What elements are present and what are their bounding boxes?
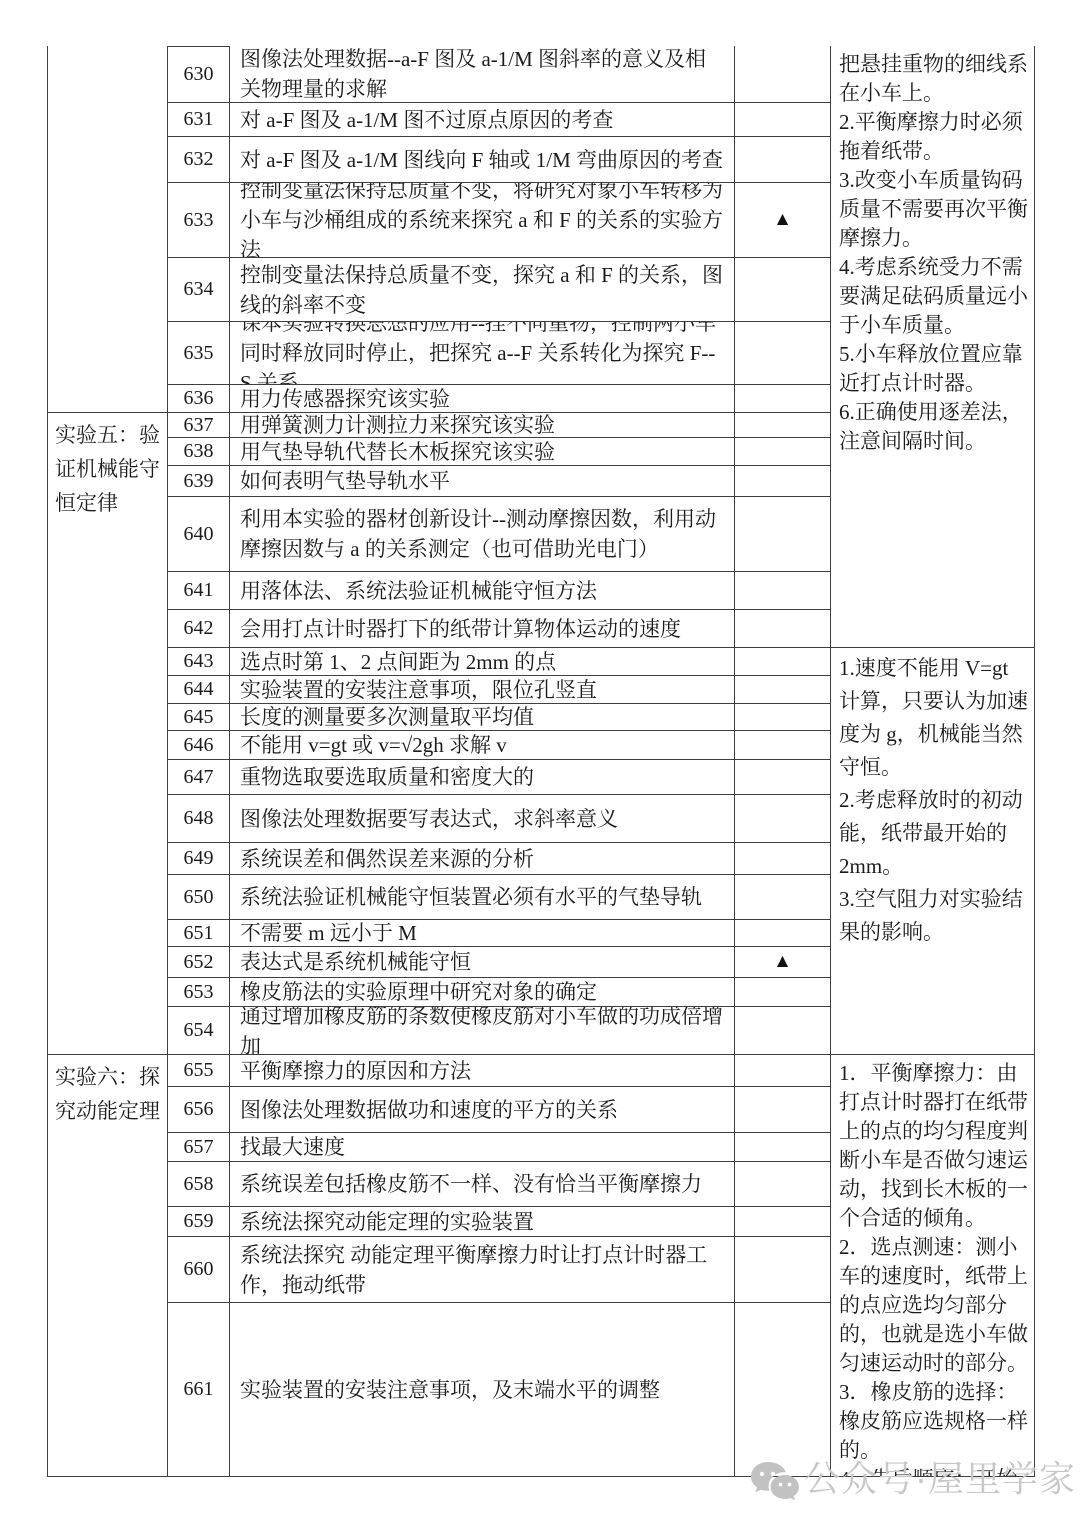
row-marker-empty xyxy=(735,648,830,675)
row-number: 645 xyxy=(167,704,230,730)
table-row: 657找最大速度 xyxy=(167,1133,830,1162)
row-description: 用气垫导轨代替长木板探究该实验 xyxy=(230,438,735,465)
document-page: 实验五：验证机械能守恒定律 实验六：探究动能定理 630图像法处理数据--a-F… xyxy=(0,0,1080,1526)
row-marker-empty xyxy=(735,875,830,919)
table-row: 630图像法处理数据--a-F 图及 a-1/M 图斜率的意义及相关物理量的求解 xyxy=(167,46,830,103)
row-marker-empty xyxy=(735,920,830,946)
row-description: 图像法处理数据做功和速度的平方的关系 xyxy=(230,1087,735,1132)
notes-column: 把悬挂重物的细线系在小车上。 2.平衡摩擦力时必须拖着纸带。 3.改变小车质量钩… xyxy=(830,46,1035,1477)
watermark-text: 公众号·屋里学家 xyxy=(804,1451,1076,1502)
table-row: 635课本实验转换思想的应用--挂不同重物，控制两小车同时释放同时停止，把探究 … xyxy=(167,322,830,385)
row-description: 利用本实验的器材创新设计--测动摩擦因数，利用动摩擦因数与 a 的关系测定（也可… xyxy=(230,497,735,571)
row-marker-empty xyxy=(735,1087,830,1132)
table-row: 648图像法处理数据要写表达式，求斜率意义 xyxy=(167,795,830,843)
row-description: 控制变量法保持总质量不变，探究 a 和 F 的关系，图线的斜率不变 xyxy=(230,258,735,321)
table-row: 651不需要 m 远小于 M xyxy=(167,920,830,947)
row-description: 用力传感器探究该实验 xyxy=(230,385,735,412)
table-row: 656图像法处理数据做功和速度的平方的关系 xyxy=(167,1087,830,1133)
row-description: 用落体法、系统法验证机械能守恒方法 xyxy=(230,572,735,609)
row-number: 636 xyxy=(167,385,230,412)
row-description: 不能用 v=gt 或 v=√2gh 求解 v xyxy=(230,731,735,759)
row-description: 系统误差和偶然误差来源的分析 xyxy=(230,843,735,874)
table-row: 653橡皮筋法的实验原理中研究对象的确定 xyxy=(167,978,830,1007)
category-cell-experiment-6: 实验六：探究动能定理 xyxy=(48,1055,167,1477)
table-row: 646不能用 v=gt 或 v=√2gh 求解 v xyxy=(167,731,830,760)
table-row: 661实验装置的安装注意事项，及末端水平的调整 xyxy=(167,1303,830,1477)
row-marker-empty xyxy=(735,572,830,609)
row-description: 橡皮筋法的实验原理中研究对象的确定 xyxy=(230,978,735,1006)
row-marker-empty xyxy=(735,137,830,182)
category-column: 实验五：验证机械能守恒定律 实验六：探究动能定理 xyxy=(47,46,167,1477)
row-number: 661 xyxy=(167,1303,230,1476)
row-number: 647 xyxy=(167,760,230,794)
row-marker-empty xyxy=(735,795,830,842)
category-cell-experiment-5: 实验五：验证机械能守恒定律 xyxy=(48,413,167,1055)
table-row: 652表达式是系统机械能守恒▲ xyxy=(167,947,830,978)
triangle-marker: ▲ xyxy=(735,183,830,257)
row-description: 如何表明气垫导轨水平 xyxy=(230,466,735,496)
row-marker-empty xyxy=(735,704,830,730)
row-marker-empty xyxy=(735,1207,830,1236)
row-number: 632 xyxy=(167,137,230,182)
main-grid: 630图像法处理数据--a-F 图及 a-1/M 图斜率的意义及相关物理量的求解… xyxy=(167,46,830,1477)
notes-cell-1: 把悬挂重物的细线系在小车上。 2.平衡摩擦力时必须拖着纸带。 3.改变小车质量钩… xyxy=(831,46,1034,648)
row-number: 641 xyxy=(167,572,230,609)
row-description: 对 a-F 图及 a-1/M 图不过原点原因的考查 xyxy=(230,103,735,136)
table-row: 645长度的测量要多次测量取平均值 xyxy=(167,704,830,731)
row-number: 638 xyxy=(167,438,230,465)
row-description: 通过增加橡皮筋的条数使橡皮筋对小车做的功成倍增加 xyxy=(230,1007,735,1054)
table-row: 641用落体法、系统法验证机械能守恒方法 xyxy=(167,572,830,610)
row-description: 课本实验转换思想的应用--挂不同重物，控制两小车同时释放同时停止，把探究 a--… xyxy=(230,322,735,384)
table-row: 637用弹簧测力计测拉力来探究该实验 xyxy=(167,413,830,438)
row-number: 634 xyxy=(167,258,230,321)
row-description: 实验装置的安装注意事项，限位孔竖直 xyxy=(230,676,735,703)
row-description: 会用打点计时器打下的纸带计算物体运动的速度 xyxy=(230,610,735,647)
row-number: 660 xyxy=(167,1237,230,1302)
row-description: 实验装置的安装注意事项，及末端水平的调整 xyxy=(230,1303,735,1476)
row-description: 控制变量法保持总质量不变，将研究对象小车转移为小车与沙桶组成的系统来探究 a 和… xyxy=(230,183,735,257)
row-marker-empty xyxy=(735,46,830,102)
watermark: 公众号·屋里学家 xyxy=(748,1444,1076,1508)
table-row: 640利用本实验的器材创新设计--测动摩擦因数，利用动摩擦因数与 a 的关系测定… xyxy=(167,497,830,572)
table-row: 632对 a-F 图及 a-1/M 图线向 F 轴或 1/M 弯曲原因的考查 xyxy=(167,137,830,183)
row-marker-empty xyxy=(735,610,830,647)
row-marker-empty xyxy=(735,385,830,412)
row-marker-empty xyxy=(735,258,830,321)
row-description: 系统误差包括橡皮筋不一样、没有恰当平衡摩擦力 xyxy=(230,1162,735,1206)
row-description: 不需要 m 远小于 M xyxy=(230,920,735,946)
table-row: 642会用打点计时器打下的纸带计算物体运动的速度 xyxy=(167,610,830,648)
table-row: 650系统法验证机械能守恒装置必须有水平的气垫导轨 xyxy=(167,875,830,920)
table-row: 660系统法探究 动能定理平衡摩擦力时让打点计时器工作，拖动纸带 xyxy=(167,1237,830,1303)
row-marker-empty xyxy=(735,676,830,703)
row-marker-empty xyxy=(735,978,830,1006)
row-marker-empty xyxy=(735,731,830,759)
row-marker-empty xyxy=(735,760,830,794)
row-number: 643 xyxy=(167,648,230,675)
row-number: 655 xyxy=(167,1055,230,1086)
row-number: 657 xyxy=(167,1133,230,1161)
row-marker-empty xyxy=(735,1007,830,1054)
row-description: 重物选取要选取质量和密度大的 xyxy=(230,760,735,794)
table-row: 659系统法探究动能定理的实验装置 xyxy=(167,1207,830,1237)
table-row: 639如何表明气垫导轨水平 xyxy=(167,466,830,497)
table-row: 644实验装置的安装注意事项，限位孔竖直 xyxy=(167,676,830,704)
row-marker-empty xyxy=(735,1237,830,1302)
row-number: 640 xyxy=(167,497,230,571)
row-description: 图像法处理数据要写表达式，求斜率意义 xyxy=(230,795,735,842)
row-number: 637 xyxy=(167,413,230,437)
row-number: 631 xyxy=(167,103,230,136)
row-marker-empty xyxy=(735,497,830,571)
row-number: 642 xyxy=(167,610,230,647)
notes-cell-3: 1．平衡摩擦力：由打点计时器打在纸带上的点的均匀程度判断小车是否做匀速运动，找到… xyxy=(831,1055,1034,1477)
notes-cell-2: 1.速度不能用 V=gt 计算，只要认为加速度为 g，机械能当然守恒。 2.考虑… xyxy=(831,648,1034,1055)
row-number: 652 xyxy=(167,947,230,977)
row-marker-empty xyxy=(735,438,830,465)
table-row: 655平衡摩擦力的原因和方法 xyxy=(167,1055,830,1087)
row-number: 658 xyxy=(167,1162,230,1206)
experiment-checklist-table: 实验五：验证机械能守恒定律 实验六：探究动能定理 630图像法处理数据--a-F… xyxy=(47,46,1035,1477)
row-marker-empty xyxy=(735,843,830,874)
row-marker-empty xyxy=(735,413,830,437)
row-number: 650 xyxy=(167,875,230,919)
row-marker-empty xyxy=(735,322,830,384)
row-number: 646 xyxy=(167,731,230,759)
table-row: 634控制变量法保持总质量不变，探究 a 和 F 的关系，图线的斜率不变 xyxy=(167,258,830,322)
row-description: 图像法处理数据--a-F 图及 a-1/M 图斜率的意义及相关物理量的求解 xyxy=(230,46,735,102)
table-row: 658系统误差包括橡皮筋不一样、没有恰当平衡摩擦力 xyxy=(167,1162,830,1207)
table-row: 647重物选取要选取质量和密度大的 xyxy=(167,760,830,795)
row-marker-empty xyxy=(735,466,830,496)
row-number: 654 xyxy=(167,1007,230,1054)
row-number: 639 xyxy=(167,466,230,496)
row-number: 659 xyxy=(167,1207,230,1236)
row-number: 630 xyxy=(167,46,230,102)
row-description: 系统法验证机械能守恒装置必须有水平的气垫导轨 xyxy=(230,875,735,919)
row-description: 选点时第 1、2 点间距为 2mm 的点 xyxy=(230,648,735,675)
row-marker-empty xyxy=(735,1133,830,1161)
row-number: 653 xyxy=(167,978,230,1006)
row-number: 656 xyxy=(167,1087,230,1132)
row-description: 长度的测量要多次测量取平均值 xyxy=(230,704,735,730)
row-description: 表达式是系统机械能守恒 xyxy=(230,947,735,977)
row-description: 用弹簧测力计测拉力来探究该实验 xyxy=(230,413,735,437)
row-marker-empty xyxy=(735,1055,830,1086)
row-description: 对 a-F 图及 a-1/M 图线向 F 轴或 1/M 弯曲原因的考查 xyxy=(230,137,735,182)
table-row: 633控制变量法保持总质量不变，将研究对象小车转移为小车与沙桶组成的系统来探究 … xyxy=(167,183,830,258)
row-number: 648 xyxy=(167,795,230,842)
table-row: 636用力传感器探究该实验 xyxy=(167,385,830,413)
row-description: 系统法探究 动能定理平衡摩擦力时让打点计时器工作，拖动纸带 xyxy=(230,1237,735,1302)
row-number: 635 xyxy=(167,322,230,384)
row-number: 644 xyxy=(167,676,230,703)
triangle-marker: ▲ xyxy=(735,947,830,977)
row-marker-empty xyxy=(735,1162,830,1206)
row-description: 找最大速度 xyxy=(230,1133,735,1161)
table-row: 638用气垫导轨代替长木板探究该实验 xyxy=(167,438,830,466)
table-row: 654通过增加橡皮筋的条数使橡皮筋对小车做的功成倍增加 xyxy=(167,1007,830,1055)
table-row: 649系统误差和偶然误差来源的分析 xyxy=(167,843,830,875)
row-marker-empty xyxy=(735,103,830,136)
wechat-icon xyxy=(748,1458,804,1508)
row-description: 系统法探究动能定理的实验装置 xyxy=(230,1207,735,1236)
table-row: 643选点时第 1、2 点间距为 2mm 的点 xyxy=(167,648,830,676)
table-row: 631对 a-F 图及 a-1/M 图不过原点原因的考查 xyxy=(167,103,830,137)
row-number: 633 xyxy=(167,183,230,257)
row-number: 649 xyxy=(167,843,230,874)
row-number: 651 xyxy=(167,920,230,946)
category-cell-continued xyxy=(48,46,167,413)
row-description: 平衡摩擦力的原因和方法 xyxy=(230,1055,735,1086)
